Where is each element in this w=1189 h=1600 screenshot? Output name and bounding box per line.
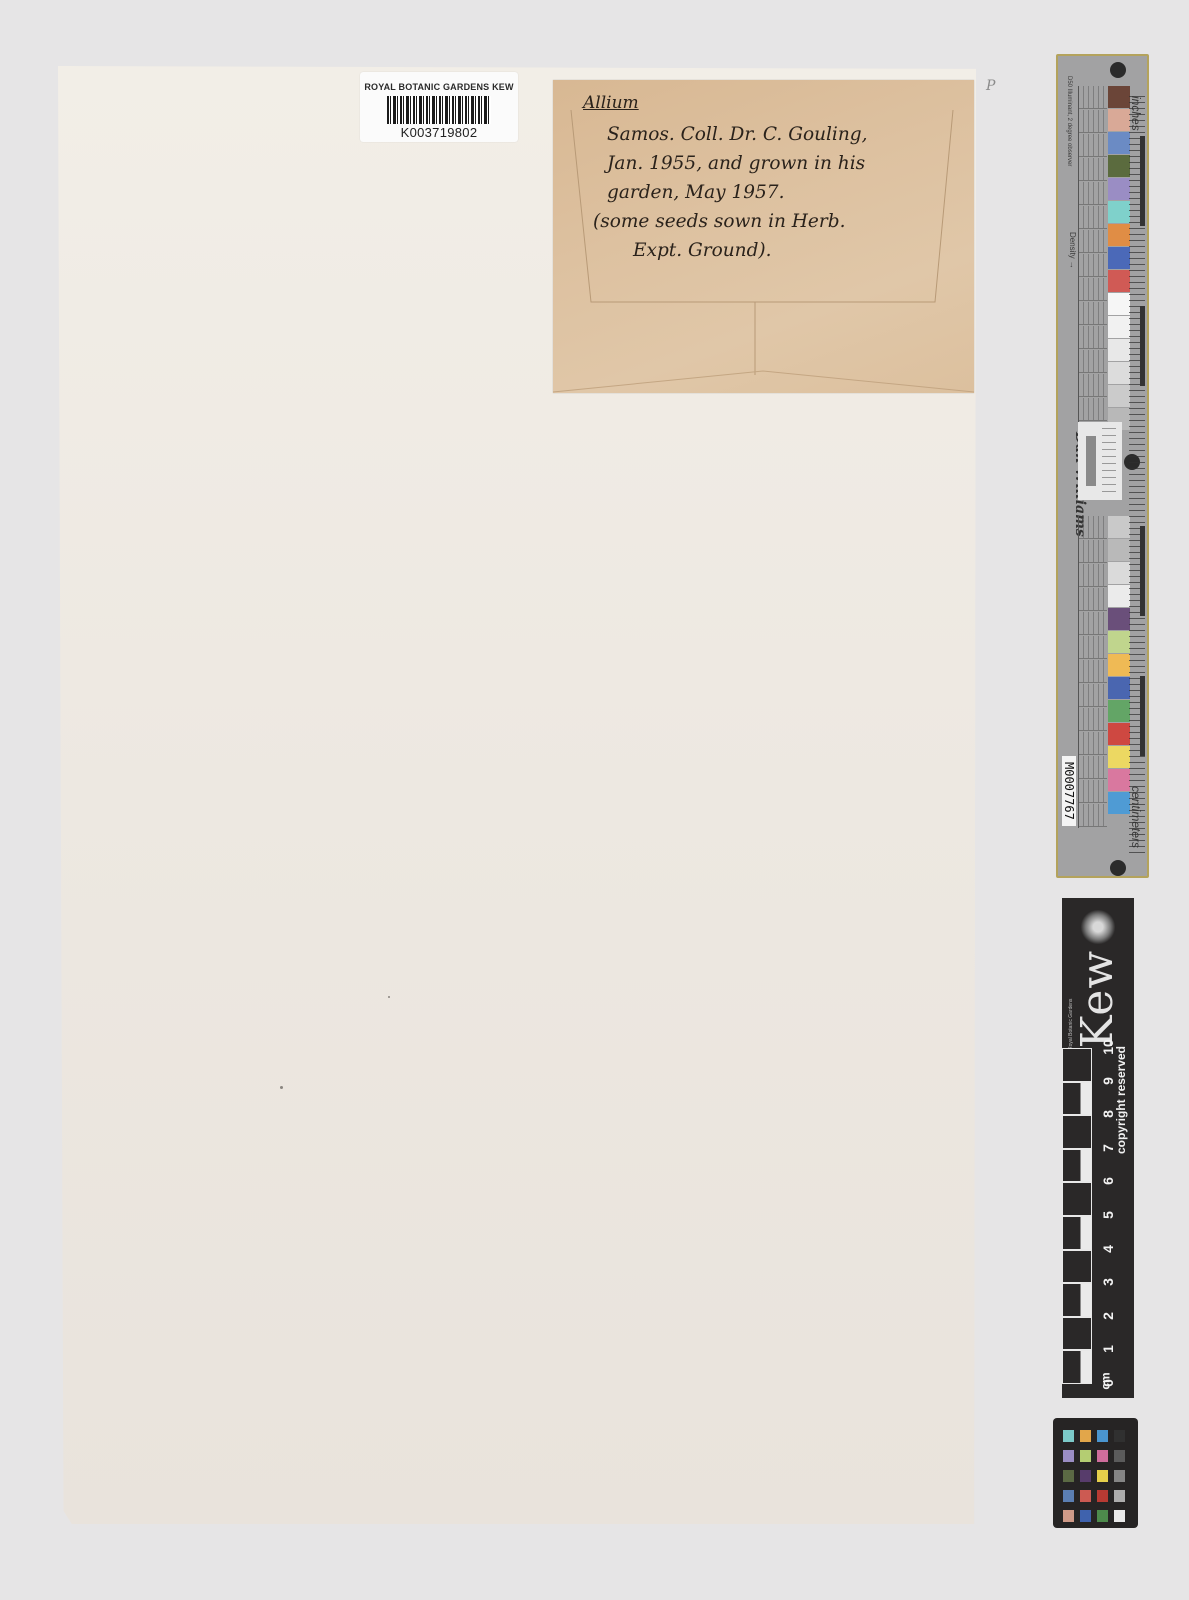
color-patch [1097, 1490, 1108, 1502]
density-cell [1079, 660, 1107, 683]
color-patch [1114, 1430, 1125, 1442]
color-swatch [1108, 769, 1130, 791]
color-swatch [1108, 224, 1130, 246]
ruler-hole [1110, 62, 1126, 78]
note-line: Expt. Ground). [593, 236, 954, 265]
density-value-grid [1078, 86, 1107, 446]
color-swatches-top [1108, 86, 1130, 431]
density-cell [1079, 254, 1107, 277]
density-cell [1079, 158, 1107, 181]
barcode-label: ROYAL BOTANIC GARDENS KEW K003719802 [360, 72, 518, 142]
color-patch [1114, 1450, 1125, 1462]
cm-segment [1062, 1216, 1092, 1250]
cm-tick-label: 4 [1100, 1239, 1116, 1259]
density-cell [1079, 708, 1107, 731]
color-swatch [1108, 677, 1130, 699]
density-cell [1079, 134, 1107, 157]
color-swatch [1108, 86, 1130, 108]
cm-tick-label: 9 [1100, 1071, 1116, 1091]
pencil-annotation: P [986, 78, 995, 94]
color-patch [1097, 1510, 1108, 1522]
density-cell [1079, 182, 1107, 205]
density-value-grid [1078, 516, 1107, 828]
ruler-id-tag: M0007767 [1062, 756, 1076, 826]
color-swatch [1108, 654, 1130, 676]
color-patch [1063, 1490, 1074, 1502]
color-patch [1114, 1510, 1125, 1522]
cm-segment [1062, 1115, 1092, 1149]
cm-segment [1062, 1182, 1092, 1216]
color-patch [1080, 1490, 1091, 1502]
density-cell [1079, 398, 1107, 421]
genus-name: Allium [583, 89, 639, 118]
handwritten-note: Allium Samos. Coll. Dr. C. Gouling, Jan.… [593, 88, 954, 265]
color-swatch [1108, 339, 1130, 361]
color-swatch [1108, 700, 1130, 722]
cm-tick-label: 10 [1100, 1037, 1116, 1057]
color-swatches-bottom [1108, 516, 1130, 815]
density-label: Density → [1068, 232, 1077, 269]
specimen-envelope: Allium Samos. Coll. Dr. C. Gouling, Jan.… [553, 80, 974, 393]
color-swatch [1108, 178, 1130, 200]
density-cell [1079, 110, 1107, 133]
color-patch [1114, 1490, 1125, 1502]
density-cell [1079, 780, 1107, 803]
color-patch [1063, 1510, 1074, 1522]
color-swatch [1108, 608, 1130, 630]
color-patch [1114, 1470, 1125, 1482]
density-cell [1079, 756, 1107, 779]
resolution-target [1078, 422, 1122, 500]
density-cell [1079, 206, 1107, 229]
color-swatch [1108, 746, 1130, 768]
color-swatch [1108, 562, 1130, 584]
density-cell [1079, 374, 1107, 397]
kew-scale-bar: Royal Botanic Gardens Kew copyright rese… [1062, 898, 1134, 1398]
color-swatch [1108, 316, 1130, 338]
kew-logo: Kew [1076, 950, 1120, 1048]
ruler-scale-bar [1140, 306, 1145, 386]
cm-segment [1062, 1350, 1092, 1384]
color-patch [1063, 1470, 1074, 1482]
institution-name: ROYAL BOTANIC GARDENS KEW [360, 82, 518, 92]
density-cell [1079, 564, 1107, 587]
illuminant-note: D50 Illuminant, 2 degree observer [1066, 76, 1072, 166]
density-cell [1079, 540, 1107, 563]
note-line: garden, May 1957. [593, 178, 954, 207]
density-cell [1079, 684, 1107, 707]
cm-tick-label: 7 [1100, 1138, 1116, 1158]
cm-segment [1062, 1149, 1092, 1183]
kew-crest-icon [1080, 910, 1116, 944]
cm-tick-label: 3 [1100, 1272, 1116, 1292]
color-patch [1080, 1510, 1091, 1522]
color-patch [1063, 1450, 1074, 1462]
density-cell [1079, 516, 1107, 539]
note-line: Samos. Coll. Dr. C. Gouling, [593, 120, 954, 149]
density-cell [1079, 612, 1107, 635]
color-swatch [1108, 385, 1130, 407]
barcode-number: K003719802 [360, 125, 518, 140]
color-patch [1080, 1450, 1091, 1462]
color-swatch [1108, 270, 1130, 292]
ruler-hole [1110, 860, 1126, 876]
note-line: (some seeds sown in Herb. [593, 207, 954, 236]
density-cell [1079, 588, 1107, 611]
color-patch [1080, 1470, 1091, 1482]
color-patch [1097, 1430, 1108, 1442]
color-swatch [1108, 247, 1130, 269]
color-swatch [1108, 792, 1130, 814]
density-cell [1079, 230, 1107, 253]
cm-tick-label: 5 [1100, 1205, 1116, 1225]
barcode-icon [387, 96, 491, 124]
color-patch [1063, 1430, 1074, 1442]
density-cell [1079, 350, 1107, 373]
note-line: Jan. 1955, and grown in his [593, 149, 954, 178]
paper-speck [280, 1086, 283, 1089]
color-swatch [1108, 585, 1130, 607]
color-swatch [1108, 132, 1130, 154]
color-checker-card [1053, 1418, 1138, 1528]
ruler-scale-bar [1140, 526, 1145, 616]
density-cell [1079, 732, 1107, 755]
color-patch [1097, 1450, 1108, 1462]
cm-segment [1062, 1283, 1092, 1317]
cm-tick-label: 2 [1100, 1306, 1116, 1326]
density-cell [1079, 86, 1107, 109]
cm-segment [1062, 1048, 1092, 1082]
density-cell [1079, 278, 1107, 301]
cm-tick-label: 1 [1100, 1339, 1116, 1359]
cm-segment [1062, 1250, 1092, 1284]
ruler-scale-bar [1140, 136, 1145, 226]
density-cell [1079, 326, 1107, 349]
color-patch [1080, 1430, 1091, 1442]
color-swatch [1108, 516, 1130, 538]
color-swatch [1108, 201, 1130, 223]
color-swatch [1108, 539, 1130, 561]
color-swatch [1108, 362, 1130, 384]
cm-tick-label: 6 [1100, 1171, 1116, 1191]
color-calibration-ruler: D50 Illuminant, 2 degree observer Densit… [1056, 54, 1149, 878]
cm-scale-bars [1062, 1048, 1092, 1384]
color-swatch [1108, 155, 1130, 177]
color-swatch [1108, 723, 1130, 745]
cm-segment [1062, 1317, 1092, 1351]
density-cell [1079, 302, 1107, 325]
cm-unit-label: cm [1099, 1372, 1113, 1389]
cm-tick-label: 8 [1100, 1104, 1116, 1124]
color-patch [1097, 1470, 1108, 1482]
cm-tick-labels: 012345678910 [1098, 1048, 1118, 1384]
density-cell [1079, 804, 1107, 827]
color-swatch [1108, 631, 1130, 653]
cm-segment [1062, 1082, 1092, 1116]
ruler-scale-bar [1140, 676, 1145, 756]
color-swatch [1108, 109, 1130, 131]
paper-speck [388, 996, 390, 998]
density-cell [1079, 636, 1107, 659]
color-swatch [1108, 293, 1130, 315]
